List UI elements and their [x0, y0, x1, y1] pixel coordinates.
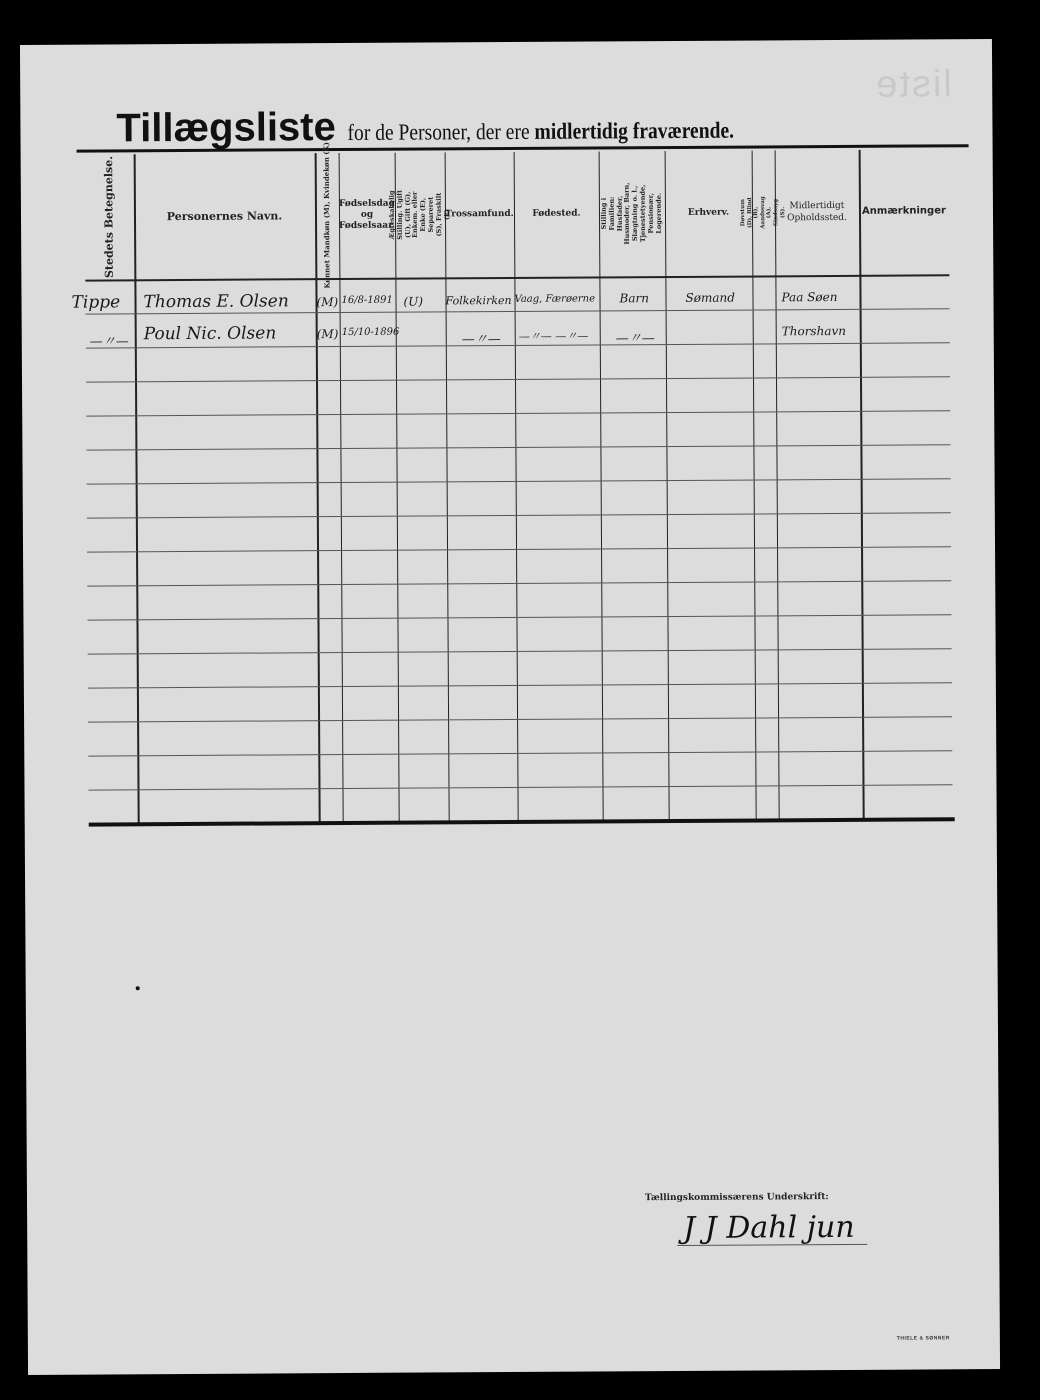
cell-fodsel: 15/10-1896 — [342, 327, 400, 338]
table-bottom-rule — [89, 817, 955, 826]
title-subtitle: for de Personer, der ere midlertidig fra… — [348, 118, 735, 146]
row-divider — [88, 648, 952, 654]
row-divider — [86, 410, 950, 416]
cell-kjon: (M) — [316, 295, 338, 309]
row-divider — [86, 444, 950, 450]
cell-tro: —〃— — [462, 328, 501, 347]
header-dov: Døvstum (D), Blind (B), Aandssvag (A), S… — [752, 150, 776, 275]
header-tro: Trossamfund. — [445, 152, 515, 277]
cell-stilling: —〃— — [616, 327, 655, 346]
cell-fodested: Vaag, Færøerne — [514, 293, 595, 304]
row-divider — [87, 546, 951, 552]
row-divider — [88, 716, 952, 722]
row-divider — [87, 512, 951, 518]
printer-mark: THIELE & SØNNER — [897, 1335, 950, 1341]
row-divider — [87, 614, 951, 620]
cell-stedets: Tippe — [71, 292, 120, 312]
row-divider — [87, 580, 951, 586]
signature-line — [677, 1244, 867, 1246]
cell-navn: Poul Nic. Olsen — [144, 323, 277, 344]
cell-kjon: (M) — [317, 327, 339, 341]
title-sub-bold: midlertidig fraværende. — [535, 118, 735, 144]
cell-aegte: (U) — [403, 295, 423, 309]
header-aegte: Ægteskabelig Stilling. Ugift (U), Gift (… — [395, 152, 446, 277]
header-anm: Anmærkninger — [859, 149, 950, 275]
absent-persons-table: Stedets Betegnelse. Personernes Navn. Kø… — [85, 149, 957, 824]
cell-tro: Folkekirken — [445, 294, 511, 307]
row-divider — [87, 478, 951, 484]
row-divider — [86, 376, 950, 382]
bleed-through-text: liste — [874, 63, 952, 106]
cell-fodsel: 16/8-1891 — [341, 295, 392, 306]
ink-speck — [136, 986, 140, 990]
cell-navn: Thomas E. Olsen — [143, 291, 288, 312]
header-ophold: Midlertidigt Opholdssted. — [775, 150, 860, 276]
header-fodested: Fødested. — [514, 151, 600, 277]
row-divider — [88, 784, 952, 790]
row-divider — [88, 682, 952, 688]
title-main: Tillægsliste — [116, 105, 336, 151]
signature-label: Tællingskommissærens Underskrift: — [645, 1192, 829, 1203]
header-navn: Personernes Navn. — [134, 153, 316, 279]
cell-ophold: Thorshavn — [782, 324, 846, 338]
cell-stedets: —〃— — [90, 330, 129, 349]
header-kjon: Kønnet Mandkøn (M), Kvindekøn (K) — [315, 153, 340, 278]
signature: J J Dahl jun — [683, 1210, 855, 1246]
form-title: Tillægsliste for de Personer, der ere mi… — [116, 101, 956, 151]
cell-stilling: Barn — [619, 291, 649, 305]
cell-fodested: —〃— —〃— — [519, 328, 589, 344]
header-stedets: Stedets Betegnelse. — [85, 154, 135, 279]
cell-erhverv: Sømand — [685, 291, 734, 305]
row-divider — [88, 750, 952, 756]
census-form-page: liste Tillægsliste for de Personer, der … — [20, 39, 1000, 1375]
header-stilling: Stilling i Familien: Husfader, Husmoder,… — [599, 151, 666, 276]
title-sub-prefix: for de Personer, der ere — [348, 119, 530, 145]
cell-ophold: Paa Søen — [781, 290, 837, 304]
